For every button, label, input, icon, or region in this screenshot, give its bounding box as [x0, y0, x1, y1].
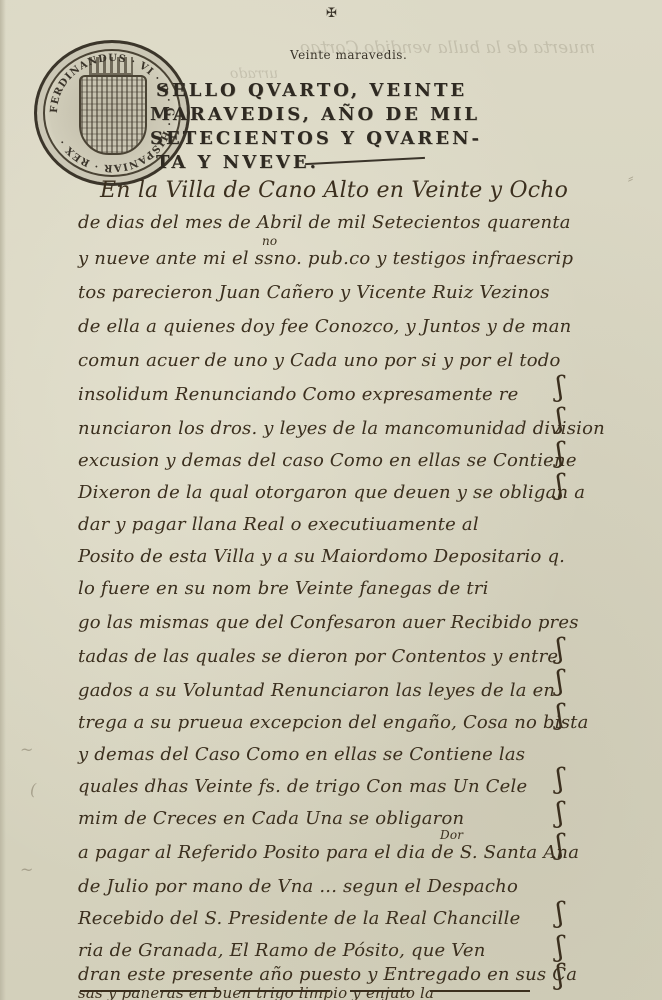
stamp-line: SETECIENTOS Y QVAREN-	[150, 128, 482, 149]
line-end-flourish: ʃ	[556, 828, 564, 861]
closing-rule	[350, 990, 410, 992]
line-end-flourish: ʃ	[556, 762, 564, 795]
stamp-line: TA Y NVEVE.	[156, 152, 319, 173]
line-end-flourish: ʃ	[556, 402, 564, 435]
stamp-value: Veinte maravedis.	[290, 48, 407, 62]
manuscript-line: dran este presente año puesto y Entregad…	[78, 964, 577, 985]
line-end-flourish: ʃ	[556, 632, 564, 665]
line-end-flourish: ʃ	[556, 698, 564, 731]
manuscript-line: insolidum Renunciando Como expresamente …	[78, 384, 518, 405]
line-end-flourish: ʃ	[556, 796, 564, 829]
manuscript-line: En la Villa de Cano Alto en Veinte y Och…	[100, 178, 568, 203]
margin-mark: ~	[20, 860, 33, 879]
manuscript-line: quales dhas Veinte fs. de trigo Con mas …	[78, 776, 527, 797]
manuscript-line: tadas de las quales se dieron por Conten…	[78, 646, 558, 667]
line-end-flourish: ʃ	[556, 896, 564, 929]
manuscript-line: nunciaron los dros. y leyes de la mancom…	[78, 418, 605, 439]
manuscript-line: y nueve ante mi el ssno. pub.co y testig…	[78, 248, 573, 269]
cross-mark-icon: ✠	[326, 6, 337, 21]
line-end-flourish: ʃ	[556, 468, 564, 501]
manuscript-line: gados a su Voluntad Renunciaron las leye…	[78, 680, 555, 701]
manuscript-line: comun acuer de uno y Cada uno por si y p…	[78, 350, 561, 371]
manuscript-line: excusion y demas del caso Como en ellas …	[78, 450, 577, 471]
line-end-flourish: ʃ	[556, 370, 564, 403]
manuscript-line: y demas del Caso Como en ellas se Contie…	[78, 744, 525, 765]
margin-mark: ~	[20, 740, 33, 759]
manuscript-line: trega a su prueua excepcion del engaño, …	[78, 712, 589, 733]
page-edge	[0, 0, 6, 1000]
manuscript-line: de dias del mes de Abril de mil Setecien…	[78, 212, 571, 233]
manuscript-line: Posito de esta Villa y a su Maiordomo De…	[78, 546, 565, 567]
stamp-line: MARAVEDIS, AÑO DE MIL	[150, 104, 480, 125]
manuscript-line: a pagar al Referido Posito para el dia d…	[78, 842, 579, 863]
closing-rule	[80, 990, 140, 992]
interlinear-note: Dor	[440, 828, 463, 842]
interlinear-note: no	[262, 234, 277, 248]
manuscript-line: Dixeron de la qual otorgaron que deuen y…	[78, 482, 585, 503]
line-end-flourish: ʃ	[556, 958, 564, 991]
manuscript-line: tos parecieron Juan Cañero y Vicente Rui…	[78, 282, 550, 303]
closing-rule	[160, 990, 220, 992]
manuscript-line: de ella a quienes doy fee Conozco, y Jun…	[78, 316, 571, 337]
stamp-line: SELLO QVARTO, VEINTE	[156, 80, 467, 101]
manuscript-line: Recebido del S. Presidente de la Real Ch…	[78, 908, 520, 929]
manuscript-line: sas y paneras en buen trigo limpio y enj…	[78, 984, 434, 1000]
manuscript-line: go las mismas que del Confesaron auer Re…	[78, 612, 579, 633]
margin-mark: ⸗	[628, 168, 633, 188]
manuscript-line: dar y pagar llana Real o executiuamente …	[78, 514, 479, 535]
line-end-flourish: ʃ	[556, 664, 564, 697]
margin-mark: (	[30, 780, 36, 799]
closing-rule	[240, 990, 330, 992]
manuscript-line: lo fuere en su nom bre Veinte fanegas de…	[78, 578, 489, 599]
line-end-flourish: ʃ	[556, 436, 564, 469]
manuscript-line: de Julio por mano de Vna ... segun el De…	[78, 876, 518, 897]
manuscript-line: mim de Creces en Cada Una se obligaron	[78, 808, 464, 829]
manuscript-line: ria de Granada, El Ramo de Pósito, que V…	[78, 940, 486, 961]
closing-rule	[430, 990, 530, 992]
